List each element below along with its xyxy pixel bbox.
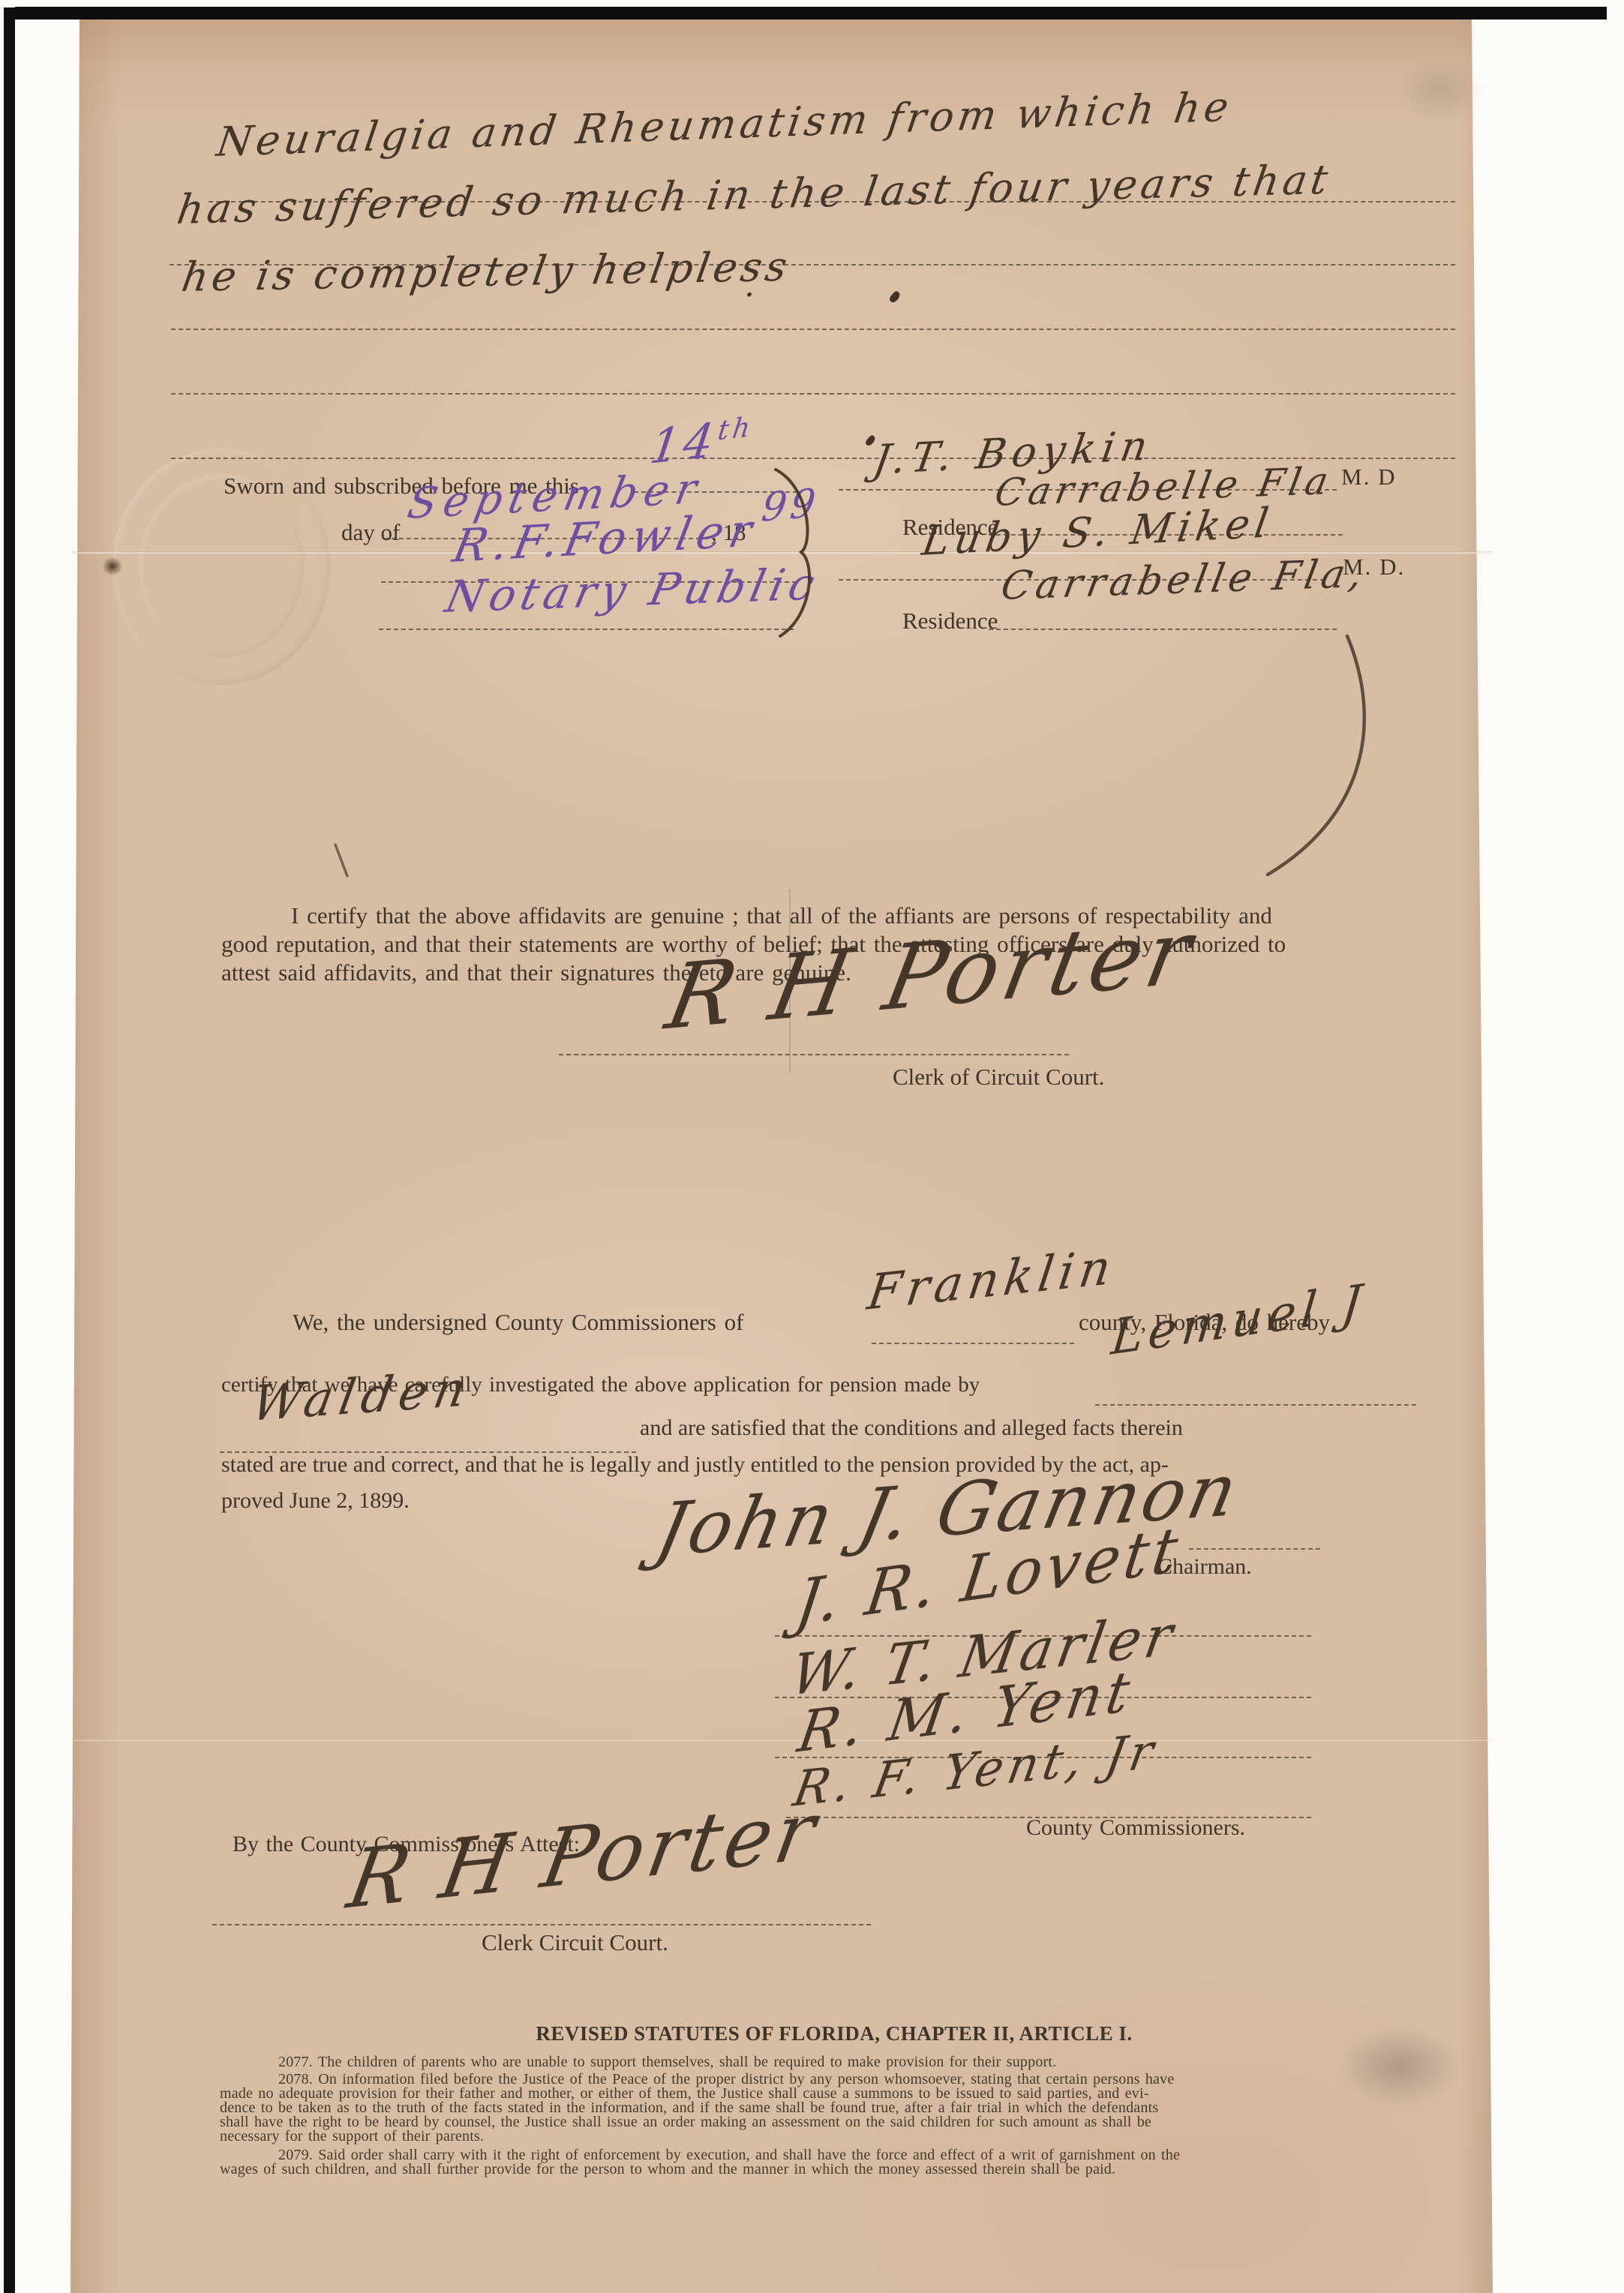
attest-clerk-title: Clerk Circuit Court. (482, 1929, 668, 1956)
applicant-first-line (1095, 1404, 1416, 1406)
commissioners-line-3: and are satisfied that the conditions an… (640, 1415, 1183, 1441)
scanned-document-page: Neuralgia and Rheumatism from which he h… (0, 0, 1624, 2293)
commissioners-group-label: County Commissioners. (1026, 1815, 1245, 1841)
commissioners-line-5: proved June 2, 1899. (221, 1488, 410, 1514)
statute-2079-line-2: wages of such children, and shall furthe… (220, 2162, 1115, 2177)
statute-2077-line-1: 2077. The children of parents who are un… (220, 2055, 1056, 2069)
right-bracket-stroke (776, 470, 809, 636)
county-blank-line (872, 1343, 1074, 1344)
chairman-signature-line (1189, 1548, 1320, 1550)
stray-pen-mark (335, 845, 347, 876)
commissioners-line-1a: We, the undersigned County Commissioners… (293, 1309, 743, 1336)
pen-flourishes (0, 0, 1624, 2293)
statutes-heading: REVISED STATUTES OF FLORIDA, CHAPTER II,… (474, 2022, 1194, 2045)
clerk-title-label: Clerk of Circuit Court. (893, 1064, 1104, 1091)
attest-signature-line (212, 1924, 871, 1925)
clerk-signature-line (559, 1054, 1069, 1055)
signature-tail-stroke (1268, 636, 1364, 875)
statute-2078-line-5: necessary for the support of their paren… (220, 2129, 484, 2144)
